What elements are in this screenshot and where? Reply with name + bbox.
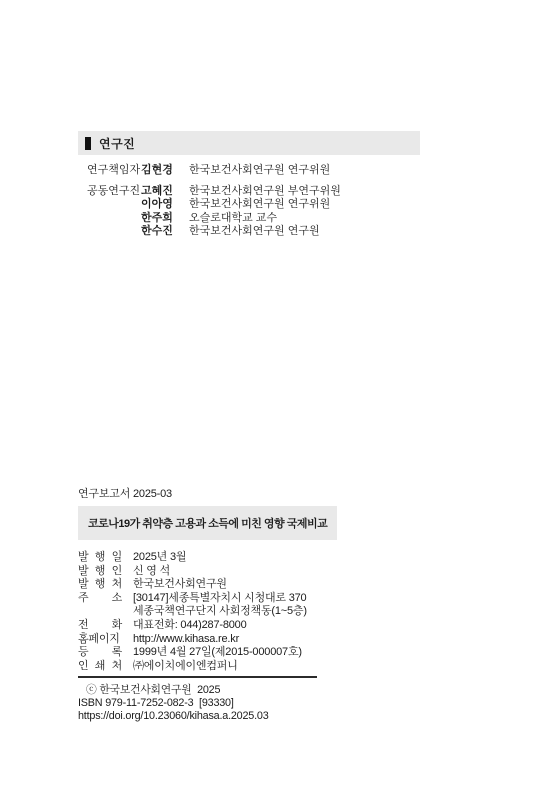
- detail-row-publisher-person: 발 행 인 신 영 석: [78, 565, 318, 579]
- doi-line: https://doi.org/10.23060/kihasa.a.2025.0…: [78, 710, 318, 723]
- detail-label: 등 록: [78, 646, 122, 660]
- co-researcher-row: 공동연구진 고혜진 한국보건사회연구원 부연구위원: [78, 185, 420, 199]
- detail-row-address: 주 소 [30147]세종특별자치시 시청대로 370 세종국책연구단지 사회정…: [78, 592, 318, 619]
- detail-row-registration: 등 록 1999년 4월 27일(제2015-000007호): [78, 646, 318, 660]
- researcher-name: 한주희: [141, 212, 189, 226]
- detail-value: http://www.kihasa.re.kr: [133, 633, 239, 647]
- role-label: [87, 198, 141, 212]
- detail-row-phone: 전 화 대표전화: 044)287-8000: [78, 619, 318, 633]
- detail-label: 발 행 처: [78, 578, 122, 592]
- researcher-name: 한수진: [141, 225, 189, 239]
- detail-row-publisher-org: 발 행 처 한국보건사회연구원: [78, 578, 318, 592]
- researcher-affiliation: 한국보건사회연구원 연구원: [189, 225, 320, 239]
- detail-value: [30147]세종특별자치시 시청대로 370 세종국책연구단지 사회정책동(1…: [133, 592, 307, 619]
- publication-details: 발 행 일 2025년 3월 발 행 인 신 영 석 발 행 처 한국보건사회연…: [78, 551, 318, 673]
- role-label: 공동연구진: [87, 185, 141, 199]
- detail-row-homepage: 홈페이지 http://www.kihasa.re.kr: [78, 633, 318, 647]
- detail-label: 주 소: [78, 592, 122, 619]
- lead-researcher-row: 연구책임자 김현경 한국보건사회연구원 연구위원: [78, 164, 420, 178]
- co-researcher-row: 이아영 한국보건사회연구원 연구위원: [78, 198, 420, 212]
- team-rows: 연구책임자 김현경 한국보건사회연구원 연구위원 공동연구진 고혜진 한국보건사…: [78, 164, 420, 239]
- copyright-line: ⓒ 한국보건사회연구원 2025: [78, 684, 318, 697]
- detail-label: 발 행 인: [78, 565, 122, 579]
- document-page: 연구진 연구책임자 김현경 한국보건사회연구원 연구위원 공동연구진 고혜진 한…: [0, 0, 546, 800]
- report-number: 연구보고서 2025-03: [78, 488, 318, 501]
- section-marker-icon: [85, 137, 91, 150]
- co-researcher-row: 한주희 오슬로대학교 교수: [78, 212, 420, 226]
- detail-value: 신 영 석: [133, 565, 170, 579]
- team-section-header: 연구진: [78, 131, 420, 155]
- isbn-line: ISBN 979-11-7252-082-3 [93330]: [78, 697, 318, 710]
- researcher-affiliation: 한국보건사회연구원 부연구위원: [189, 185, 341, 199]
- researcher-affiliation: 오슬로대학교 교수: [189, 212, 277, 226]
- divider: [78, 676, 317, 678]
- researcher-affiliation: 한국보건사회연구원 연구위원: [189, 198, 330, 212]
- role-label: [87, 212, 141, 226]
- researcher-name: 김현경: [141, 164, 189, 178]
- researcher-name: 고혜진: [141, 185, 189, 199]
- detail-row-publish-date: 발 행 일 2025년 3월: [78, 551, 318, 565]
- detail-label: 인 쇄 처: [78, 660, 122, 674]
- detail-label: 전 화: [78, 619, 122, 633]
- researcher-affiliation: 한국보건사회연구원 연구위원: [189, 164, 330, 178]
- detail-label: 발 행 일: [78, 551, 122, 565]
- co-researcher-row: 한수진 한국보건사회연구원 연구원: [78, 225, 420, 239]
- report-title-box: 코로나19가 취약층 고용과 소득에 미친 영향 국제비교: [78, 506, 337, 540]
- team-section-title: 연구진: [99, 135, 135, 152]
- detail-row-printer: 인 쇄 처 ㈜에이치에이엔컴퍼니: [78, 660, 318, 674]
- role-label: [87, 225, 141, 239]
- team-section: 연구진 연구책임자 김현경 한국보건사회연구원 연구위원 공동연구진 고혜진 한…: [78, 131, 420, 239]
- detail-value: 1999년 4월 27일(제2015-000007호): [133, 646, 302, 660]
- colophon-section: 연구보고서 2025-03 코로나19가 취약층 고용과 소득에 미친 영향 국…: [78, 488, 318, 722]
- detail-value: 한국보건사회연구원: [133, 578, 227, 592]
- role-label: 연구책임자: [87, 164, 141, 178]
- report-title: 코로나19가 취약층 고용과 소득에 미친 영향 국제비교: [88, 518, 327, 530]
- detail-value: 대표전화: 044)287-8000: [133, 619, 247, 633]
- detail-value: ㈜에이치에이엔컴퍼니: [133, 660, 238, 674]
- researcher-name: 이아영: [141, 198, 189, 212]
- detail-label: 홈페이지: [78, 633, 122, 647]
- detail-value: 2025년 3월: [133, 551, 186, 565]
